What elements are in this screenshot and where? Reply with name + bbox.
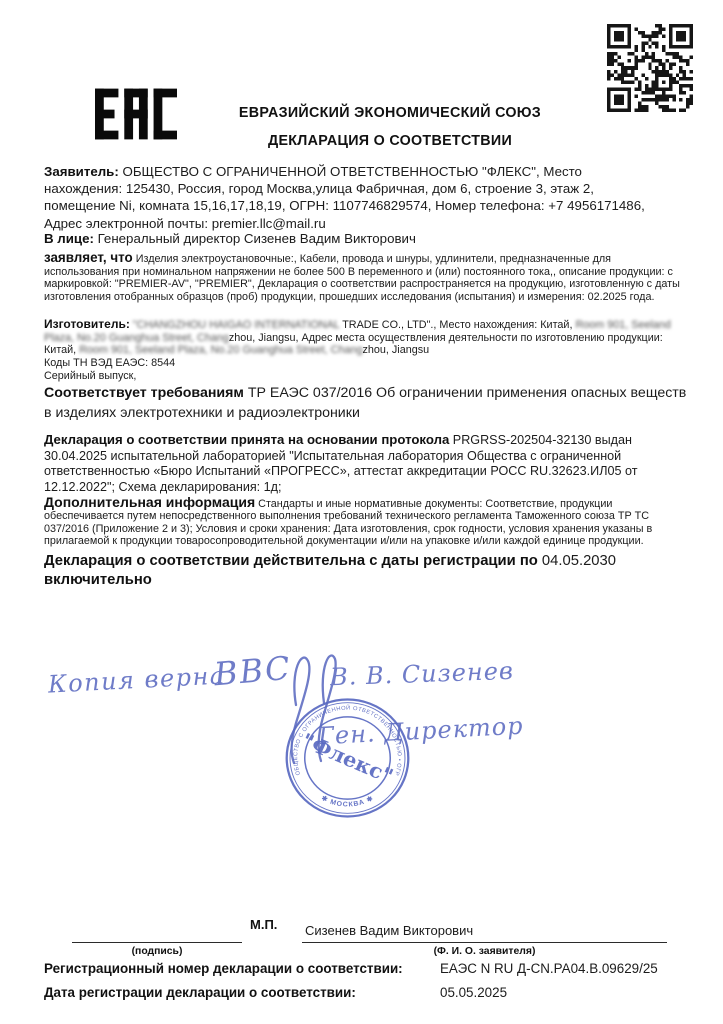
manufacturer-paragraph: Изготовитель: "CHANGZHOU HAIGAO INTERNAT… <box>44 318 689 383</box>
document-title: ДЕКЛАРАЦИЯ О СООТВЕТСТВИИ <box>57 133 723 149</box>
protocol-label: Декларация о соответствии принята на осн… <box>44 432 449 447</box>
additional-info-paragraph: Дополнительная информация Стандарты и ин… <box>44 496 694 548</box>
additional-info-label: Дополнительная информация <box>44 494 255 510</box>
compliance-label: Соответствует требованиям <box>44 385 244 401</box>
fio-line <box>302 942 667 943</box>
signature-caption: (подпись) <box>72 946 242 957</box>
company-stamp: ОБЩЕСТВО С ОГРАНИЧЕННОЙ ОТВЕТСТВЕННОСТЬЮ… <box>281 694 414 822</box>
union-title: ЕВРАЗИЙСКИЙ ЭКОНОМИЧЕСКИЙ СОЮЗ <box>57 105 723 121</box>
tnved-codes-line: Коды ТН ВЭД ЕАЭС: 8544 <box>44 357 689 370</box>
stamp-center-text: "Флекс" <box>298 729 397 789</box>
declaration-document: ЕВРАЗИЙСКИЙ ЭКОНОМИЧЕСКИЙ СОЮЗ ДЕКЛАРАЦИ… <box>0 0 723 1024</box>
page-header: ЕВРАЗИЙСКИЙ ЭКОНОМИЧЕСКИЙ СОЮЗ ДЕКЛАРАЦИ… <box>57 105 723 149</box>
handwritten-name: В. В. Сизенев <box>330 657 515 691</box>
applicant-label: Заявитель: <box>44 164 119 179</box>
applicant-paragraph: Заявитель: ОБЩЕСТВО С ОГРАНИЧЕННОЙ ОТВЕТ… <box>44 163 656 232</box>
mp-seal-label: М.П. <box>250 917 277 932</box>
registration-number-value: ЕАЭС N RU Д-CN.РА04.В.09629/25 <box>440 961 658 976</box>
fio-value: Сизенев Вадим Викторович <box>305 923 473 938</box>
manufacturer-name-clear: TRADE CO., LTD"., Место нахождения: Кита… <box>339 319 575 331</box>
validity-label: Декларация о соответствии действительна … <box>44 553 538 569</box>
handwritten-copy-note: Копия верна <box>47 661 226 698</box>
serial-release-line: Серийный выпуск, <box>44 370 689 383</box>
manufacturer-redacted-name: "CHANGZHOU HAIGAO INTERNATIONAL <box>130 319 340 331</box>
compliance-paragraph: Соответствует требованиям ТР ЕАЭС 037/20… <box>44 384 689 423</box>
applicant-text: ОБЩЕСТВО С ОГРАНИЧЕННОЙ ОТВЕТСТВЕННОСТЬЮ… <box>44 164 645 231</box>
validity-date: 04.05.2030 <box>538 553 616 569</box>
svg-text:✱ МОСКВА ✱: ✱ МОСКВА ✱ <box>320 794 375 808</box>
manufacturer-label: Изготовитель: <box>44 317 130 331</box>
protocol-paragraph: Декларация о соответствии принята на осн… <box>44 432 686 495</box>
signature-line <box>72 942 242 943</box>
declares-text: Изделия электроустановочные:, Кабели, пр… <box>44 253 680 303</box>
in-person-text: Генеральный директор Сизенев Вадим Викто… <box>94 231 416 246</box>
registration-number-label: Регистрационный номер декларации о соотв… <box>44 961 403 976</box>
qr-code-icon <box>607 24 693 112</box>
in-person-label: В лице: <box>44 231 94 246</box>
manufacturer-redacted-address-2: Room 901, Seeland Plaza, No.20 Guanghua … <box>79 344 362 356</box>
manufacturer-address-clear-2: zhou, Jiangsu <box>363 344 430 356</box>
declares-label: заявляет, что <box>44 250 133 265</box>
registration-date-label: Дата регистрации декларации о соответств… <box>44 985 356 1000</box>
fio-caption: (Ф. И. О. заявителя) <box>302 946 667 957</box>
in-person-paragraph: В лице: Генеральный директор Сизенев Вад… <box>44 230 684 247</box>
validity-paragraph: Декларация о соответствии действительна … <box>44 552 684 589</box>
declares-paragraph: заявляет, что Изделия электроустановочны… <box>44 252 689 304</box>
handwritten-initials: ВВС <box>212 649 293 694</box>
stamp-city-text: ✱ МОСКВА ✱ <box>320 794 375 808</box>
validity-suffix: включительно <box>44 572 152 588</box>
registration-date-value: 05.05.2025 <box>440 985 507 1000</box>
